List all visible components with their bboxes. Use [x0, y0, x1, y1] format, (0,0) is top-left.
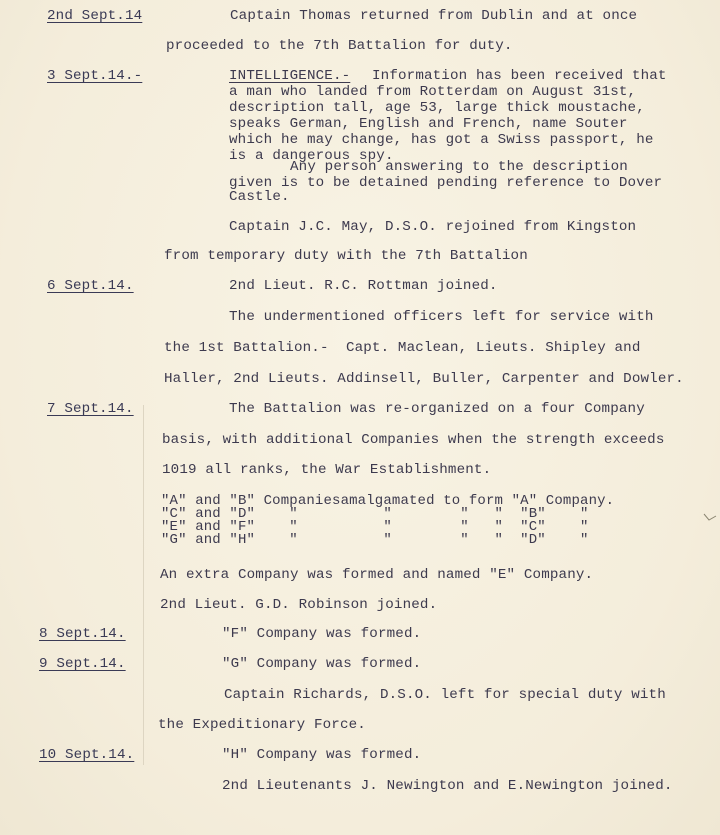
table-row: "G" and "H" " " " " "D" ": [161, 533, 589, 547]
entry-date: 2nd Sept.14: [47, 9, 142, 23]
entry-text: from temporary duty with the 7th Battali…: [164, 249, 528, 263]
entry-text: "G" Company was formed.: [222, 657, 421, 671]
entry-text: 2nd Lieut. G.D. Robinson joined.: [160, 598, 437, 612]
entry-date: 7 Sept.14.: [47, 402, 134, 416]
entry-text: Haller, 2nd Lieuts. Addinsell, Buller, C…: [164, 372, 684, 386]
entry-text: Information has been received that: [372, 69, 667, 83]
entry-heading: INTELLIGENCE.-: [229, 69, 350, 83]
typewritten-war-diary-page: 2nd Sept.14 Captain Thomas returned from…: [0, 0, 720, 835]
entry-text: The Battalion was re-organized on a four…: [229, 402, 645, 416]
entry-text: Captain Thomas returned from Dublin and …: [230, 9, 637, 23]
entry-date: 6 Sept.14.: [47, 279, 134, 293]
entry-text: the Expeditionary Force.: [158, 718, 366, 732]
entry-text: Captain J.C. May, D.S.O. rejoined from K…: [229, 220, 636, 234]
entry-text: Any person answering to the description: [290, 160, 628, 174]
entry-text: Captain Richards, D.S.O. left for specia…: [224, 688, 666, 702]
entry-text: proceeded to the 7th Battalion for duty.: [166, 39, 513, 53]
entry-text: speaks German, English and French, name …: [229, 117, 628, 131]
entry-text: given is to be detained pending referenc…: [229, 176, 662, 190]
entry-text: basis, with additional Companies when th…: [162, 433, 665, 447]
entry-date: 3 Sept.14.-: [47, 69, 142, 83]
entry-text: 2nd Lieutenants J. Newington and E.Newin…: [222, 779, 673, 793]
entry-text: "H" Company was formed.: [222, 748, 421, 762]
entry-text: which he may change, has got a Swiss pas…: [229, 133, 654, 147]
check-mark-icon: [703, 512, 717, 522]
entry-text: The undermentioned officers left for ser…: [229, 310, 654, 324]
entry-date: 9 Sept.14.: [39, 657, 126, 671]
entry-date: 10 Sept.14.: [39, 748, 134, 762]
margin-rule: [143, 405, 144, 765]
entry-text: 2nd Lieut. R.C. Rottman joined.: [229, 279, 498, 293]
entry-text: "F" Company was formed.: [222, 627, 421, 641]
entry-text: Castle.: [229, 190, 290, 204]
entry-date: 8 Sept.14.: [39, 627, 126, 641]
entry-text: the 1st Battalion.- Capt. Maclean, Lieut…: [164, 341, 641, 355]
entry-text: a man who landed from Rotterdam on Augus…: [229, 85, 636, 99]
entry-text: 1019 all ranks, the War Establishment.: [162, 463, 491, 477]
entry-text: An extra Company was formed and named "E…: [160, 568, 593, 582]
entry-text: description tall, age 53, large thick mo…: [229, 101, 645, 115]
